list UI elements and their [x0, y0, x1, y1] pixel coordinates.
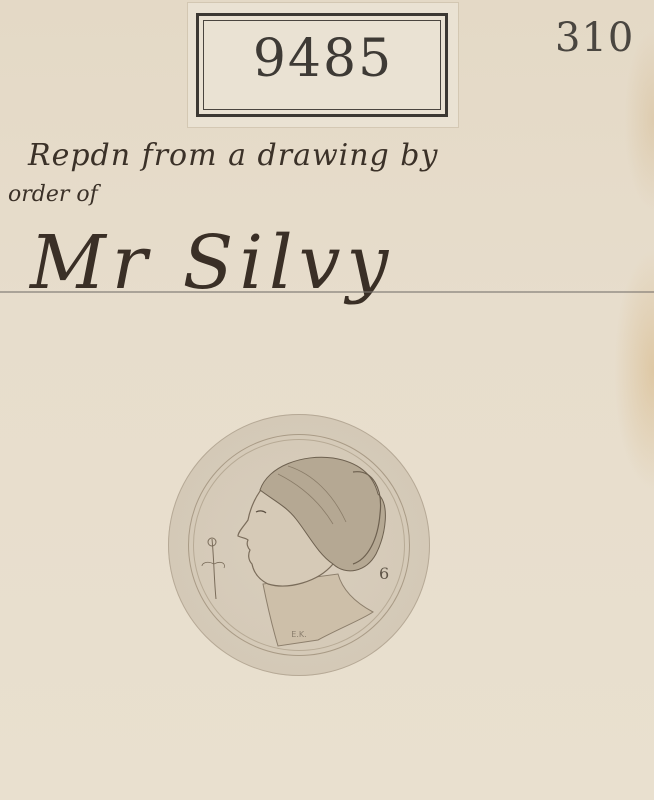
album-page: 9485 310 Repdn from a drawing by order o…: [0, 0, 654, 800]
page-number: 310: [555, 18, 634, 58]
pencil-rule-line: [0, 291, 654, 293]
inscription-line-2: order of: [8, 182, 98, 207]
portrait-medallion: 6 E.K.: [168, 414, 430, 676]
medallion-numeral: 6: [379, 564, 389, 583]
flower-sprig-icon: [202, 538, 225, 599]
engraver-mark: E.K.: [168, 630, 430, 639]
catalogue-number: 9485: [188, 33, 458, 85]
signature: Mr Silvy: [30, 220, 394, 306]
inscription-line-1: Repdn from a drawing by: [28, 138, 438, 173]
catalogue-label: 9485: [188, 3, 458, 127]
